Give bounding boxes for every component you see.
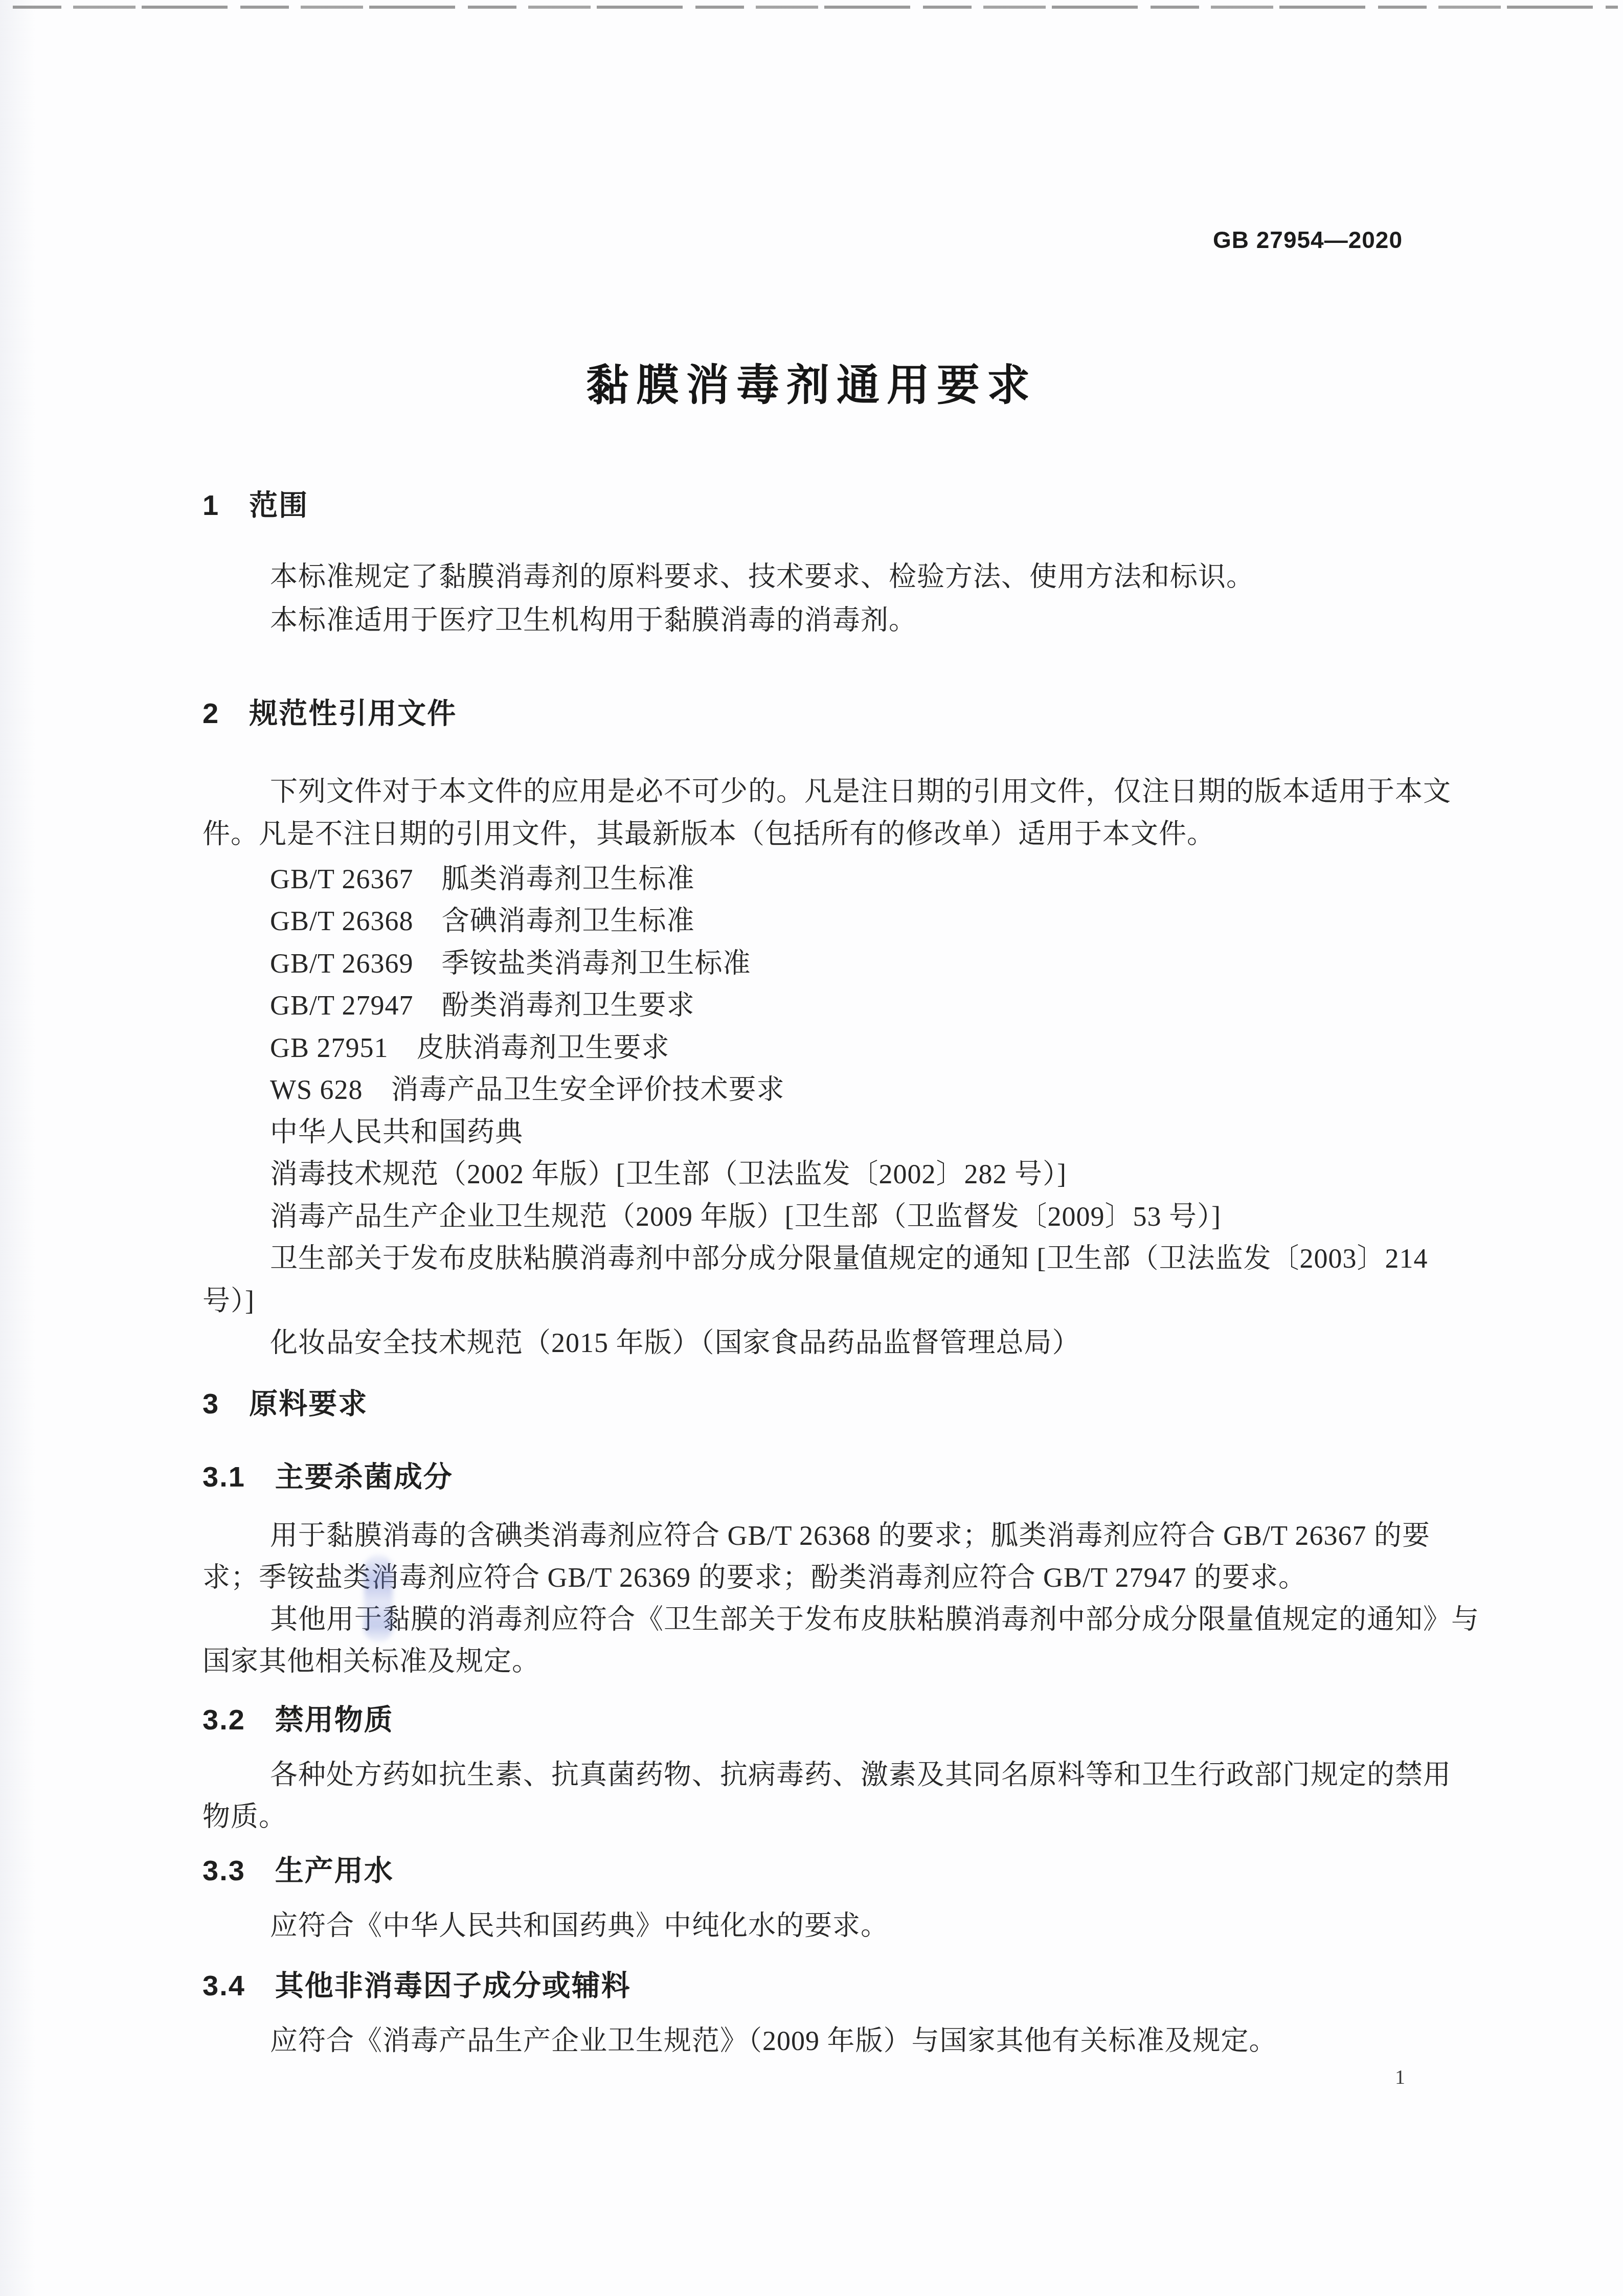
scan-top-edge-artifact (13, 6, 1618, 9)
section-3-1-paragraph-line: 用于黏膜消毒的含碘类消毒剂应符合 GB/T 26368 的要求；胍类消毒剂应符合… (270, 1520, 1430, 1552)
scope-paragraph-line: 本标准规定了黏膜消毒剂的原料要求、技术要求、检验方法、使用方法和标识。 (270, 561, 1254, 594)
scanned-document-page: { "document": { "standard_number": "GB 2… (0, 0, 1623, 2296)
section-3-3-heading: 3.3 生产用水 (202, 1854, 394, 1887)
references-intro-line: 下列文件对于本文件的应用是必不可少的。凡是注日期的引用文件，仅注日期的版本适用于… (270, 776, 1451, 808)
section-3-1-paragraph-line: 国家其他相关标准及规定。 (202, 1646, 540, 1678)
section-3-raw-material-heading: 3 原料要求 (202, 1387, 368, 1421)
reference-item: 消毒技术规范（2002 年版）[卫生部（卫法监发〔2002〕282 号）] (270, 1158, 1067, 1191)
reference-item: WS 628 消毒产品卫生安全评价技术要求 (270, 1074, 785, 1107)
section-3-2-heading: 3.2 禁用物质 (202, 1703, 394, 1737)
section-3-1-paragraph-line: 其他用于黏膜的消毒剂应符合《卫生部关于发布皮肤粘膜消毒剂中部分成分限量值规定的通… (270, 1604, 1479, 1636)
section-2-normative-references-heading: 2 规范性引用文件 (202, 696, 457, 730)
references-intro-line: 件。凡是不注日期的引用文件，其最新版本（包括所有的修改单）适用于本文件。 (202, 818, 1215, 851)
reference-item: 消毒产品生产企业卫生规范（2009 年版）[卫生部（卫监督发〔2009〕53 号… (270, 1201, 1221, 1233)
scope-paragraph-line: 本标准适用于医疗卫生机构用于黏膜消毒的消毒剂。 (270, 604, 917, 637)
reference-item: GB/T 27947 酚类消毒剂卫生要求 (270, 989, 695, 1022)
section-3-2-paragraph-line: 物质。 (202, 1801, 287, 1834)
section-3-4-heading: 3.4 其他非消毒因子成分或辅料 (202, 1969, 631, 2002)
scan-left-edge-shading (0, 0, 36, 2296)
standard-number: GB 27954—2020 (1213, 226, 1403, 254)
reference-item: GB 27951 皮肤消毒剂卫生要求 (270, 1032, 670, 1065)
section-3-2-paragraph-line: 各种处方药如抗生素、抗真菌药物、抗病毒药、激素及其同名原料等和卫生行政部门规定的… (270, 1759, 1451, 1792)
page-number: 1 (1395, 2065, 1406, 2089)
reference-item: 中华人民共和国药典 (270, 1116, 523, 1149)
document-title: 黏膜消毒剂通用要求 (0, 360, 1623, 411)
section-1-scope-heading: 1 范围 (202, 488, 308, 522)
reference-item: GB/T 26368 含碘消毒剂卫生标准 (270, 905, 695, 938)
reference-item: GB/T 26369 季铵盐类消毒剂卫生标准 (270, 948, 751, 980)
section-3-1-heading: 3.1 主要杀菌成分 (202, 1460, 453, 1494)
scan-artifact-blue-smudge (364, 1555, 393, 1642)
section-3-3-paragraph-line: 应符合《中华人民共和国药典》中纯化水的要求。 (270, 1910, 889, 1943)
reference-item-continuation: 号）] (202, 1285, 255, 1318)
reference-item: GB/T 26367 胍类消毒剂卫生标准 (270, 863, 695, 896)
reference-item: 卫生部关于发布皮肤粘膜消毒剂中部分成分限量值规定的通知 [卫生部（卫法监发〔20… (270, 1243, 1428, 1275)
section-3-4-paragraph-line: 应符合《消毒产品生产企业卫生规范》（2009 年版）与国家其他有关标准及规定。 (270, 2025, 1277, 2058)
reference-item: 化妆品安全技术规范（2015 年版）（国家食品药品监督管理总局） (270, 1327, 1080, 1360)
